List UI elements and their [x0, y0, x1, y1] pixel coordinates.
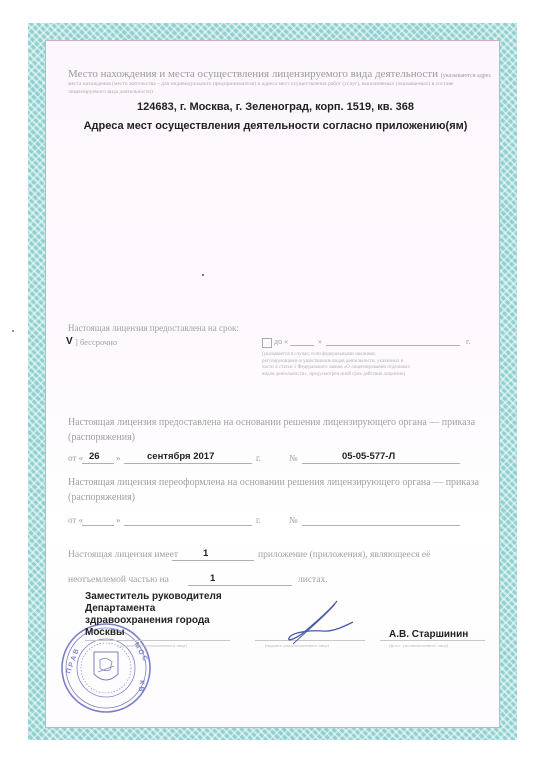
until-quote-close: » — [318, 337, 322, 346]
signature-icon — [275, 598, 355, 648]
location-hint: места нахождения (место жительства – для… — [68, 80, 488, 96]
reissued-year-suffix: г. — [256, 515, 261, 525]
granted-day-line — [82, 463, 114, 464]
appendix-count: 1 — [203, 548, 208, 559]
granted-day: 26 — [89, 451, 100, 462]
reissued-day-line[interactable] — [82, 525, 114, 526]
granted-month-line — [124, 463, 252, 464]
until-month-line[interactable] — [326, 345, 460, 346]
reissued-text: Настоящая лицензия переоформлена на осно… — [68, 475, 488, 505]
signer-position: Заместитель руководителя Департамента зд… — [85, 591, 245, 639]
appendix-sheets: 1 — [210, 573, 215, 584]
addresses-note: Адреса мест осуществления деятельности с… — [68, 120, 483, 132]
granted-text: Настоящая лицензия предоставлена на осно… — [68, 415, 488, 445]
scan-dot — [12, 330, 14, 332]
appendix-sheets-line — [188, 585, 292, 586]
term-label: Настоящая лицензия предоставлена на срок… — [68, 323, 239, 333]
name-line — [380, 640, 485, 641]
granted-number-label: № — [289, 453, 298, 463]
appendix-text-before: Настоящая лицензия имеет — [68, 550, 178, 560]
position-caption: (должность уполномоченного лица) — [118, 643, 187, 648]
reissued-month-line[interactable] — [124, 525, 252, 526]
until-day-line[interactable] — [290, 345, 314, 346]
svg-text:К В: К В — [137, 680, 145, 692]
granted-number: 05-05-577-Л — [342, 451, 395, 462]
granted-quote-close: » — [116, 453, 121, 463]
granted-number-line — [302, 463, 460, 464]
perpetual-check-mark[interactable]: V — [66, 336, 73, 347]
address: 124683, г. Москва, г. Зеленоград, корп. … — [68, 101, 483, 113]
perpetual-label-text: бессрочно — [80, 337, 117, 347]
granted-month-year: сентября 2017 — [147, 451, 214, 462]
appendix-text-after: приложение (приложения), являющееся её — [258, 550, 430, 560]
checkbox-bracket: ] — [75, 337, 78, 347]
scan-dot-center — [202, 274, 204, 276]
position-line — [85, 640, 230, 641]
location-heading-text: Место нахождения и места осуществления л… — [68, 68, 438, 80]
appendix-count-line — [172, 560, 254, 561]
until-label: до « — [274, 337, 288, 346]
perpetual-label: ] бессрочно — [75, 337, 117, 347]
signer-name: А.В. Старшинин — [389, 629, 468, 640]
granted-from-label: от « — [68, 453, 83, 463]
location-hint-inline: (указываются адрес — [441, 73, 492, 79]
reissued-number-label: № — [289, 515, 298, 525]
granted-year-suffix: г. — [256, 453, 261, 463]
until-note: (указывается в случае, если федеральными… — [262, 352, 412, 378]
reissued-quote-close: » — [116, 515, 121, 525]
until-checkbox[interactable] — [262, 338, 272, 348]
svg-text:П Р А В: П Р А В — [65, 648, 80, 675]
name-caption: (ф.и.о. уполномоченного лица) — [389, 643, 448, 648]
location-heading: Место нахождения и места осуществления л… — [68, 68, 491, 80]
reissued-number-line[interactable] — [302, 525, 460, 526]
appendix-text2-before: неотъемлемой частью на — [68, 575, 169, 585]
appendix-text2-after: листах. — [298, 575, 328, 585]
until-year-suffix: г. — [466, 337, 470, 346]
reissued-from-label: от « — [68, 515, 83, 525]
